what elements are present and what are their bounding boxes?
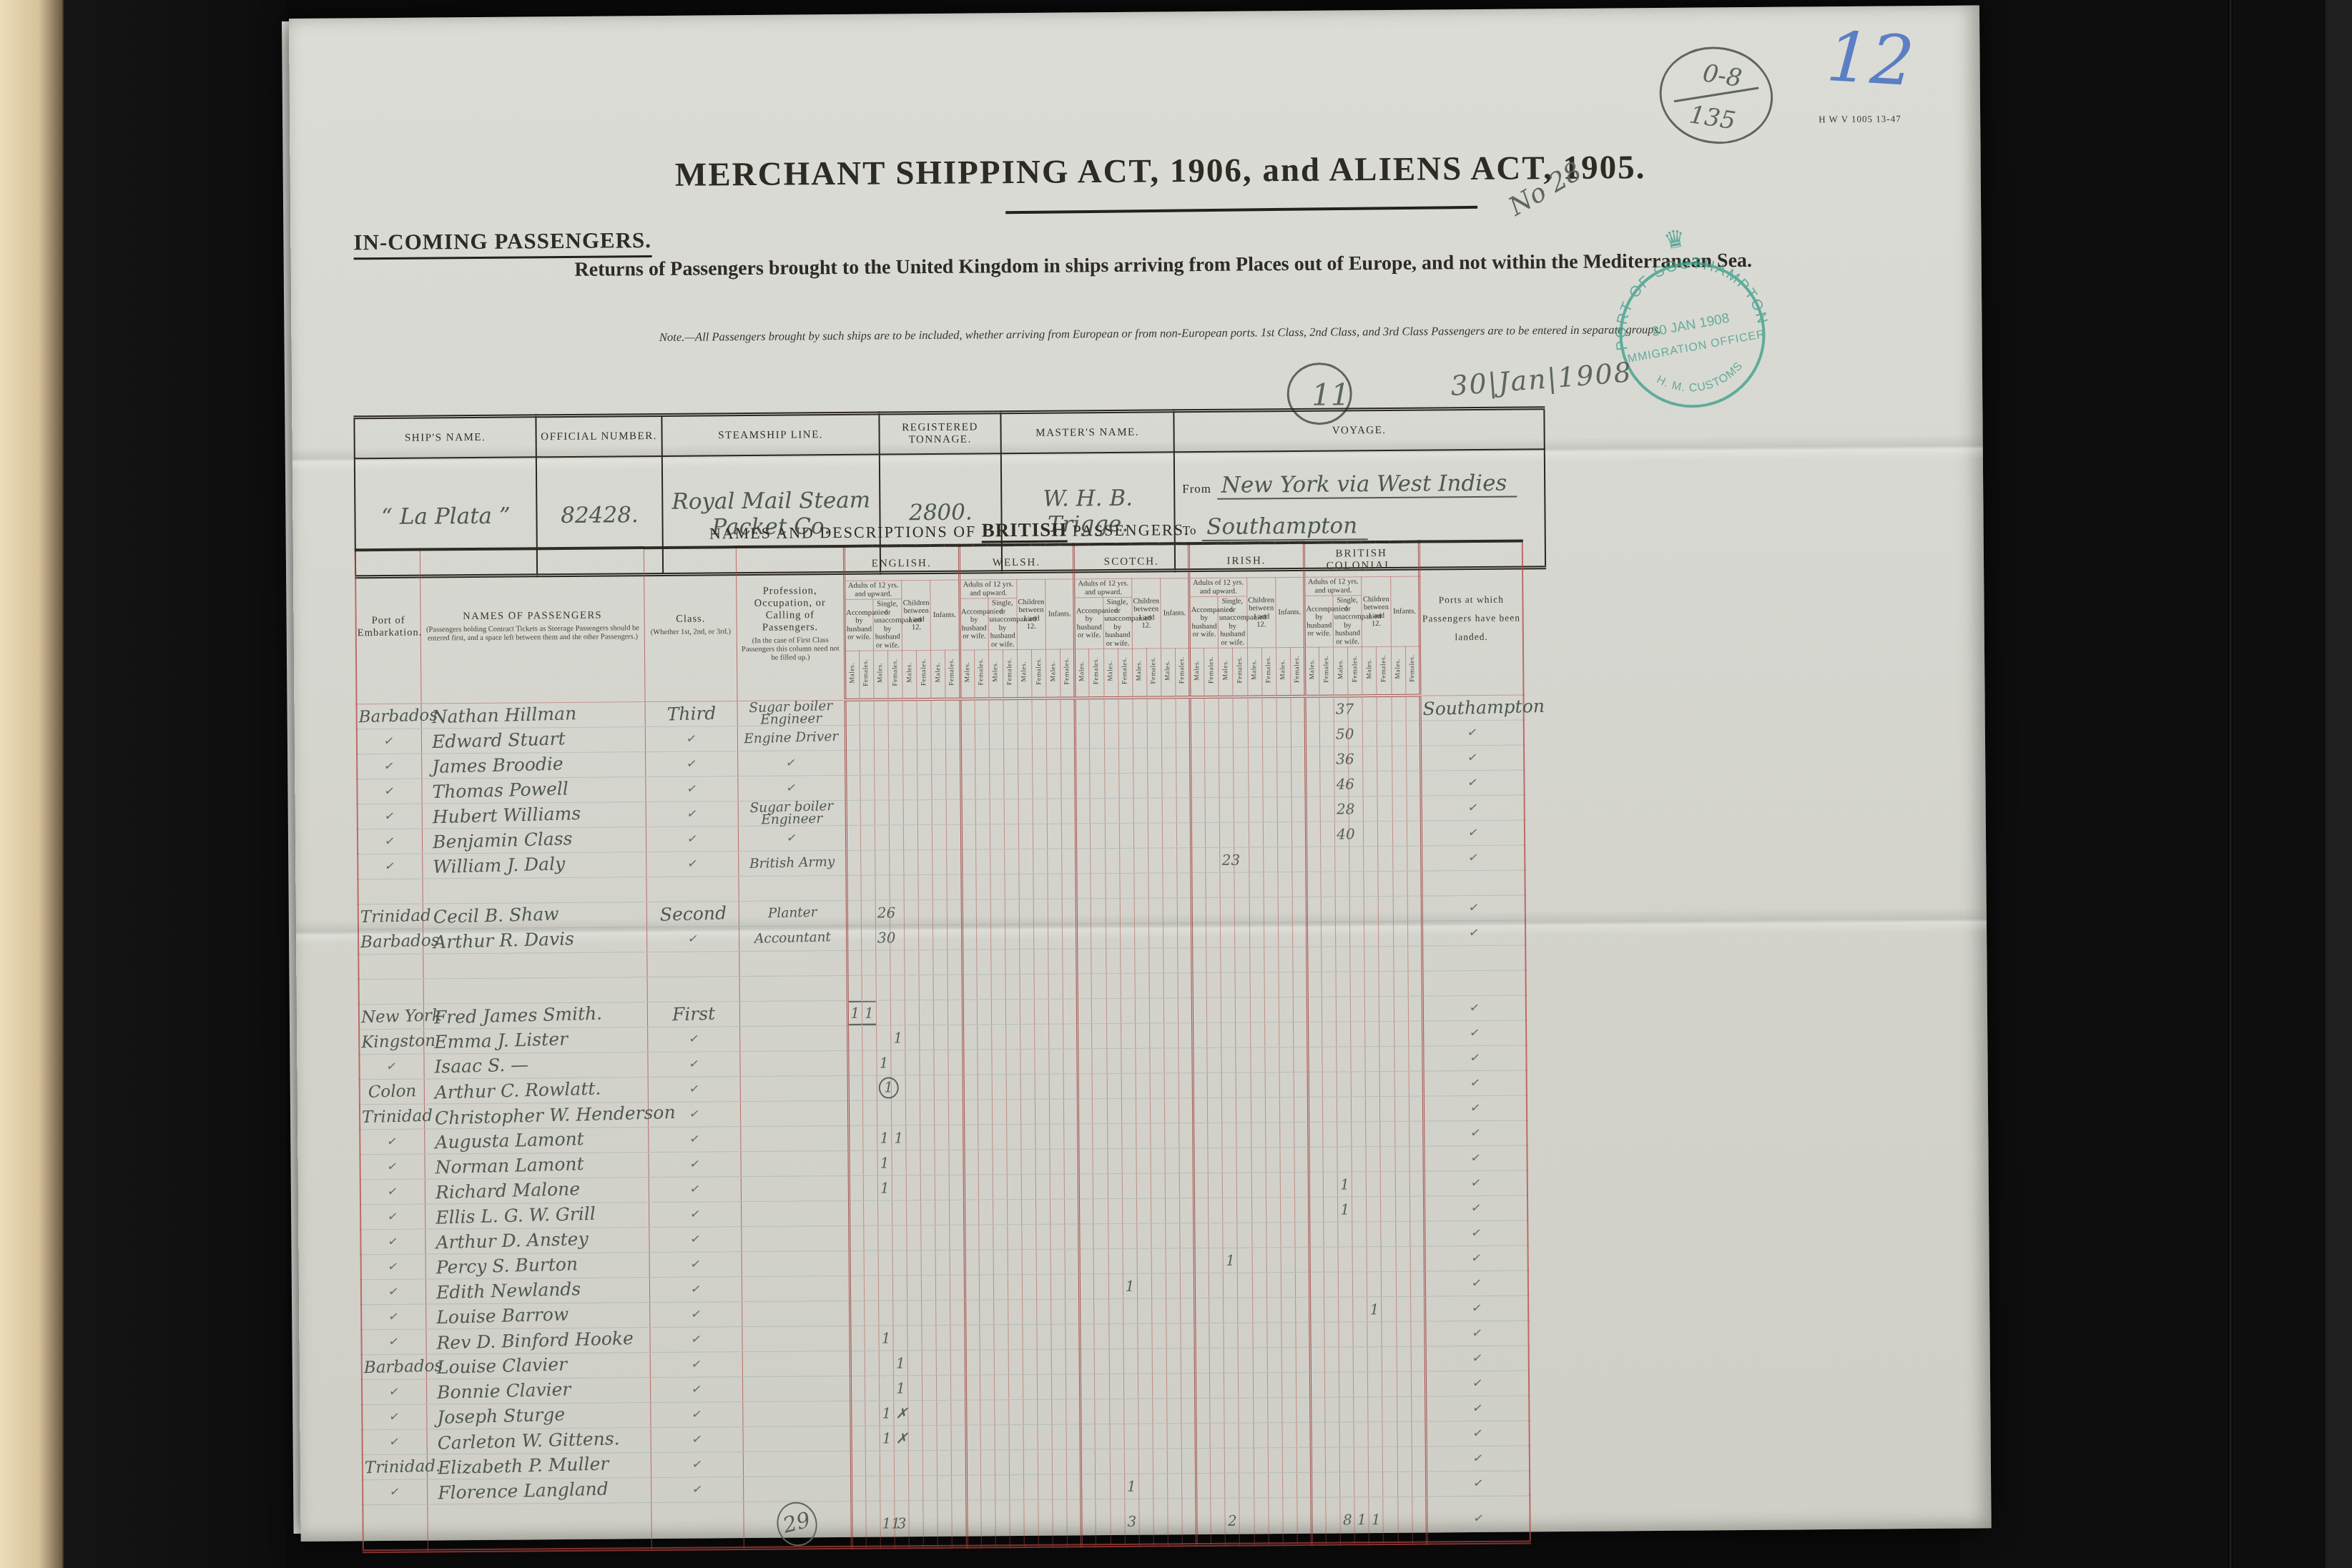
mark-cell-we_if — [1066, 1323, 1080, 1348]
mark-cell-bc_cf — [1380, 1071, 1394, 1096]
mark-cell-bc_sm: 37 — [1334, 696, 1348, 721]
females-header: Females. — [1233, 648, 1248, 697]
mark-cell-en_af — [864, 1251, 878, 1276]
mark-cell-bc_af — [1319, 721, 1334, 746]
mark-cell-we_sf — [1004, 849, 1018, 874]
mark-cell-ir_sf — [1239, 1497, 1254, 1544]
profession-cell-text: Engine Driver — [739, 731, 843, 746]
females-header: Females. — [1377, 646, 1392, 696]
mark-cell-sc_im — [1165, 1198, 1179, 1223]
mark-cell-bc_cf — [1382, 1371, 1397, 1396]
mark-cell-en_if — [950, 1250, 964, 1275]
port-cell-text: ✓ — [386, 1134, 398, 1150]
pencil-fraction-annotation: 0-8 135 — [1641, 32, 1791, 159]
mark-cell-we_im — [1049, 1074, 1063, 1099]
ship-name-header: SHIP'S NAME. — [354, 416, 536, 458]
landed-cell: ✓ — [1420, 744, 1524, 770]
mark-cell-bc_af — [1321, 922, 1335, 947]
mark-cell-ir_cf — [1266, 1247, 1281, 1272]
mark-cell-en_am — [846, 800, 860, 825]
mark-cell-we_im — [1047, 799, 1061, 824]
name-cell-text: Louise Barrow — [436, 1303, 569, 1328]
mark-cell-bc_sm — [1339, 1396, 1354, 1421]
vertical-label: Males. — [1021, 661, 1028, 682]
mark-cell-ir_cm — [1252, 1297, 1266, 1322]
vertical-label: Males. — [849, 663, 856, 684]
mark-cell-en_af — [861, 900, 875, 925]
mark-cell-we_cf — [1036, 1224, 1050, 1249]
mark-cell-sc_cf — [1148, 872, 1163, 897]
mark-cell-ir_af — [1210, 1373, 1224, 1398]
mark-cell-we_af — [980, 1374, 994, 1399]
mark-cell-sc_im — [1167, 1423, 1181, 1448]
vertical-label: Males. — [1050, 661, 1057, 682]
mark-cell-ir_am — [1190, 722, 1204, 747]
mark-cell-we_cf — [1036, 1249, 1050, 1274]
mark-cell-sc_sf — [1118, 698, 1133, 723]
mark-cell-sc_am — [1075, 698, 1089, 723]
mark-cell-we_cm — [1022, 1274, 1036, 1299]
mark-cell-ir_if — [1293, 972, 1307, 997]
mark-cell-we_am — [962, 949, 976, 974]
mark-cell-we_sf — [1004, 774, 1018, 799]
mark-cell-sc_sf — [1120, 898, 1134, 923]
females-header: Females. — [1118, 649, 1133, 698]
mark-cell-sc_if — [1179, 1148, 1194, 1173]
mark-cell-we_im — [1047, 824, 1061, 849]
port-cell — [358, 879, 423, 904]
vertical-label: Males. — [935, 662, 942, 683]
mark-cell-sc_cm — [1134, 923, 1148, 948]
mark-cell-en_cm — [905, 950, 919, 975]
mark-cell-ir_cm — [1248, 721, 1262, 746]
mark-cell-ir_sf — [1238, 1297, 1252, 1322]
mark-cell-sc_sm — [1104, 723, 1118, 748]
mark-cell-ir_if — [1291, 721, 1305, 746]
mark-cell-we_sm — [992, 1074, 1006, 1099]
mark-cell-bc_af — [1322, 1022, 1337, 1047]
mark-cell-en_cf — [922, 1300, 936, 1325]
mark-cell-ir_if — [1293, 1022, 1307, 1047]
mark-cell-we_sf — [1006, 1124, 1020, 1149]
steamship-line-header: STEAMSHIP LINE. — [661, 413, 879, 456]
mark-cell-we_am — [963, 1049, 977, 1074]
mark-cell-sc_if — [1181, 1398, 1196, 1423]
mark-cell-we_af — [975, 774, 989, 799]
mark-cell-we_sf — [1005, 874, 1019, 899]
mark-cell-we_if — [1065, 1198, 1079, 1223]
mark-cell-ir_cm — [1249, 947, 1264, 972]
mark-cell-bc_if — [1410, 1271, 1425, 1296]
mark-cell-bc_af — [1326, 1472, 1340, 1497]
mark-cell-bc_sf — [1354, 1421, 1368, 1446]
mark-cell-sc_cm — [1137, 1248, 1151, 1273]
port-cell-text: Trinidad — [360, 906, 432, 926]
mark-cell-bc_cm — [1362, 696, 1377, 721]
port-cell: ✓ — [358, 829, 423, 854]
mark-cell-ir_af — [1207, 1022, 1221, 1047]
mark-cell-we_af — [980, 1399, 994, 1424]
mark-cell-ir_am — [1191, 747, 1205, 772]
mark-cell-en_sf: 3 — [895, 1500, 910, 1547]
mark-cell-sc_sm — [1104, 773, 1118, 798]
profession-cell: Engine Driver — [737, 725, 845, 751]
mark-cell-en_sm — [877, 1100, 891, 1125]
mark-cell-bc_cf — [1379, 1021, 1394, 1046]
mark-cell-sc_sm — [1107, 1123, 1121, 1148]
mark-cell-bc_am — [1308, 1047, 1322, 1072]
mark-cell-we_if — [1063, 1048, 1078, 1073]
mark-cell-ir_im — [1281, 1322, 1296, 1347]
mark-cell-we_am — [963, 1074, 978, 1099]
mark-cell-en_im — [935, 1175, 950, 1200]
mark-cell-ir_sm — [1220, 872, 1234, 897]
mark-cell-ir_if — [1295, 1222, 1309, 1247]
mark-cell-we_af — [980, 1449, 995, 1474]
mark-cell-sc_im — [1162, 797, 1176, 822]
vertical-label: Females. — [892, 659, 899, 686]
mark-cell-en_cf — [920, 1150, 935, 1175]
mark-cell-en_cf — [921, 1250, 935, 1275]
mark-cell-ir_im — [1276, 721, 1291, 746]
mark-cell-ir_if — [1296, 1322, 1310, 1347]
mark-cell-sc_sf — [1122, 1173, 1136, 1198]
mark-cell-ir_cm — [1248, 746, 1262, 771]
mark-cell-bc_sf — [1350, 921, 1364, 946]
mark-cell-en_sm — [876, 1000, 890, 1025]
adults-header: Adults of 12 yrs. and upward. — [959, 580, 1017, 599]
mark-cell-en_im — [935, 1200, 950, 1225]
mark-cell-sc_im — [1166, 1273, 1180, 1298]
mark-cell-ir_im — [1277, 771, 1291, 797]
mark-cell-we_am — [960, 749, 975, 774]
mark-cell-ir_sm — [1223, 1198, 1237, 1223]
col-header-names-label: NAMES OF PASSENGERS — [421, 609, 644, 623]
mark-cell-we_cm — [1023, 1349, 1037, 1374]
females-header: Females. — [917, 650, 932, 699]
mark-cell-sc_im — [1168, 1498, 1183, 1544]
mark-cell-we_if — [1062, 898, 1076, 923]
mark-cell-sc_af — [1091, 848, 1105, 873]
mark-cell-en_am — [850, 1276, 864, 1301]
mark-cell-we_cf — [1033, 899, 1048, 924]
mark-cell-sc_cf — [1150, 1123, 1164, 1148]
vertical-label: Males. — [906, 662, 913, 683]
landed-cell: ✓ — [1426, 1495, 1530, 1542]
mark-cell-bc_sm: 40 — [1334, 821, 1349, 846]
class-cell-text: ✓ — [691, 1406, 703, 1422]
mark-cell-sc_cm — [1136, 1048, 1150, 1073]
mark-cell-ir_im — [1281, 1397, 1296, 1422]
profession-cell: British Army — [739, 850, 847, 876]
official-number-header: OFFICIAL NUMBER. — [536, 415, 661, 457]
mark-cell-sc_sf — [1122, 1148, 1136, 1173]
mark-cell-bc_cf — [1383, 1496, 1398, 1543]
mark-cell-we_am — [964, 1174, 978, 1199]
mark-cell-ir_if — [1294, 1097, 1308, 1122]
totals-circled-cell: 29 — [744, 1501, 852, 1548]
mark-cell-sc_im — [1161, 722, 1176, 747]
mark-cell-we_if — [1066, 1374, 1081, 1399]
mark-cell-ir_cm — [1250, 972, 1264, 997]
mark-cell-sc_am — [1079, 1198, 1093, 1223]
mark-cell-sc_im — [1166, 1298, 1180, 1323]
mark-cell-bc_sf — [1352, 1171, 1366, 1196]
mark-cell-ir_cm — [1248, 771, 1262, 797]
mark-cell-we_am — [963, 1099, 978, 1124]
mark-cell-sc_am — [1079, 1248, 1093, 1273]
mark-cell-en_im — [934, 1050, 948, 1075]
vertical-label: Males. — [1222, 660, 1229, 681]
mark-cell-sc_cf — [1150, 1098, 1164, 1123]
mark-cell-we_af — [978, 1124, 992, 1149]
mark-cell-bc_af — [1324, 1372, 1339, 1397]
mark-cell-ir_sm — [1224, 1273, 1238, 1298]
mark-cell-ir_if — [1291, 696, 1305, 721]
mark-cell-ir_sf — [1238, 1322, 1252, 1347]
port-cell: ✓ — [362, 1379, 427, 1405]
name-cell-text: Louise Clavier — [436, 1353, 567, 1378]
profession-cell-text: Sugar boiler Engineer — [739, 799, 844, 827]
mark-cell-bc_cf — [1379, 996, 1394, 1021]
mark-cell-we_sf — [1004, 799, 1018, 824]
port-cell — [358, 954, 423, 980]
mark-cell-bc_am — [1312, 1497, 1327, 1544]
mark-cell-bc_cm — [1364, 871, 1378, 896]
class-cell-text: ✓ — [689, 1131, 701, 1147]
mark-cell-en_sm — [875, 824, 889, 849]
mark-cell-ir_af — [1206, 847, 1220, 872]
mark-cell-we_am — [965, 1299, 979, 1324]
mark-cell-sc_sm — [1108, 1248, 1123, 1273]
mark-cell-bc_sf — [1354, 1471, 1369, 1496]
mark-cell-bc_sm — [1339, 1346, 1353, 1371]
mark-cell-ir_cf — [1263, 822, 1277, 847]
class-cell-text: ✓ — [687, 931, 699, 947]
mark-cell-sc_am — [1081, 1424, 1095, 1449]
mark-cell-we_im — [1048, 899, 1062, 924]
mark-cell-en_cm — [903, 774, 917, 799]
mark-cell-ir_sm — [1224, 1323, 1238, 1348]
mark-cell-sc_if — [1180, 1248, 1194, 1273]
mark-cell-sc_af — [1094, 1323, 1108, 1348]
name-cell-text: Nathan Hillman — [431, 703, 576, 727]
mark-cell-bc_af — [1323, 1147, 1337, 1172]
mark-cell-sc_cm — [1133, 748, 1147, 773]
mark-cell-we_if — [1064, 1148, 1078, 1173]
class-cell: ✓ — [649, 1151, 741, 1177]
mark-cell-ir_af — [1210, 1423, 1224, 1448]
mark-cell-ir_im — [1282, 1472, 1296, 1497]
mark-cell-bc_cm — [1367, 1321, 1382, 1346]
mark-cell-sc_cf — [1148, 797, 1162, 822]
mark-cell-en_cf — [917, 724, 931, 749]
name-cell: Louise Barrow — [426, 1302, 651, 1328]
mark-cell-en_sf — [889, 824, 903, 849]
mark-cell-we_cm — [1021, 1149, 1035, 1174]
mark-cell-bc_cf — [1377, 721, 1392, 746]
mark-cell-bc_am — [1309, 1122, 1323, 1147]
profession-cell: ✓ — [738, 825, 846, 851]
mark-cell-sc_if — [1177, 897, 1191, 922]
mark-cell-en_cf — [922, 1350, 936, 1375]
mark-cell-ir_am — [1196, 1423, 1210, 1448]
mark-cell-we_cm — [1018, 724, 1032, 749]
mark-cell-ir_cf — [1268, 1447, 1282, 1472]
mark-cell-ir_sm: 2 — [1225, 1498, 1240, 1544]
mark-cell-we_im — [1049, 1049, 1063, 1074]
name-cell: Edith Newlands — [425, 1277, 650, 1303]
profession-cell-text: Accountant — [741, 931, 845, 946]
mark-cell-sc_am — [1078, 1123, 1093, 1148]
profession-cell-text: Sugar boiler Engineer — [739, 699, 843, 726]
port-cell-text: ✓ — [387, 1184, 399, 1200]
port-cell: ✓ — [361, 1254, 426, 1280]
mark-cell-we_if — [1066, 1399, 1081, 1424]
mark-cell-en_am — [850, 1251, 864, 1276]
mark-cell-ir_am — [1194, 1273, 1209, 1298]
mark-cell-en_cm — [905, 1025, 920, 1050]
mark-cell-sc_sm — [1105, 823, 1119, 848]
profession-cell — [740, 1075, 848, 1101]
mark-cell-we_if — [1062, 823, 1076, 848]
mark-cell-en_im — [938, 1450, 952, 1475]
mark-cell-bc_af — [1324, 1297, 1339, 1322]
mark-cell-we_sf — [1008, 1374, 1023, 1399]
children-header: Children between 1 and 12. — [902, 580, 931, 650]
mark-cell-bc_af — [1322, 1047, 1337, 1072]
mark-cell-bc_cf — [1379, 1046, 1394, 1071]
mark-cell-sc_af — [1091, 798, 1105, 823]
mark-cell-bc_cm: 1 — [1369, 1496, 1384, 1543]
profession-cell-text: ✓ — [785, 780, 797, 796]
mark-cell-ir_im — [1282, 1447, 1296, 1472]
mark-cell-en_sm — [878, 1250, 892, 1275]
port-cell-text: ✓ — [388, 1309, 400, 1325]
mark-cell-bc_cf — [1381, 1221, 1395, 1246]
mark-cell-we_cf — [1036, 1274, 1050, 1299]
mark-cell-ir_im — [1278, 897, 1292, 922]
port-cell-text: ✓ — [384, 859, 396, 874]
mark-cell-bc_im — [1397, 1346, 1411, 1371]
mark-cell-en_if — [950, 1325, 965, 1350]
infants-header: Infants. — [1161, 578, 1190, 649]
mark-cell-en_im — [935, 1250, 950, 1275]
mark-cell-bc_cm — [1364, 821, 1378, 846]
mark-cell-bc_cf — [1383, 1471, 1397, 1496]
mark-cell-sc_sm — [1108, 1298, 1123, 1323]
mark-cell-en_am — [847, 975, 862, 1000]
females-header: Females. — [859, 651, 874, 700]
landed-cell: ✓ — [1420, 719, 1524, 745]
title-rule — [1005, 206, 1477, 214]
profession-cell — [739, 950, 847, 976]
mark-cell-en_sf — [892, 1150, 906, 1175]
registered-tonnage-header: REGISTERED TONNAGE. — [879, 413, 1000, 455]
females-header: Females. — [1261, 648, 1276, 697]
name-cell-text: Arthur C. Rowlatt. — [434, 1078, 601, 1103]
name-cell-text: Thomas Powell — [432, 778, 569, 802]
mark-cell-bc_cf — [1378, 846, 1392, 871]
mark-cell-ir_af — [1205, 772, 1219, 797]
mark-cell-we_af — [979, 1274, 993, 1299]
mark-cell-sc_sm — [1109, 1424, 1123, 1449]
mark-cell-we_am — [963, 999, 977, 1024]
name-cell: Arthur C. Rowlatt. — [424, 1077, 649, 1103]
name-cell-text: Edith Newlands — [436, 1278, 581, 1303]
mark-cell-en_sm — [875, 874, 890, 899]
name-cell: Florence Langland — [427, 1477, 651, 1504]
mark-cell-bc_sm: 1 — [1338, 1196, 1352, 1221]
mark-cell-sc_cm — [1138, 1474, 1153, 1499]
mark-cell-we_af — [980, 1474, 995, 1499]
mark-cell-en_sm — [880, 1475, 894, 1500]
mark-cell-ir_cm — [1253, 1347, 1267, 1372]
males-header: Males. — [1190, 648, 1205, 697]
mark-cell-we_if — [1063, 923, 1077, 948]
mark-cell-en_sf — [890, 874, 904, 899]
mark-cell-bc_if — [1408, 971, 1422, 996]
mark-cell-sc_im — [1163, 922, 1177, 947]
mark-cell-en_if — [951, 1375, 965, 1400]
mark-cell-en_cm — [909, 1475, 923, 1500]
mark-cell-ir_sm — [1223, 1173, 1237, 1198]
mark-cell-we_im — [1046, 724, 1061, 749]
mark-cell-sc_if — [1178, 997, 1192, 1022]
mark-cell-ir_cf — [1262, 771, 1276, 797]
mark-cell-ir_sf — [1234, 746, 1248, 771]
mark-cell-we_cf — [1035, 1024, 1049, 1049]
class-cell-text: ✓ — [687, 856, 699, 872]
group-header-sc: SCOTCH. — [1074, 543, 1189, 579]
name-cell: Joseph Sturge — [427, 1402, 651, 1429]
mark-cell-ir_cf — [1267, 1397, 1281, 1422]
mark-cell-bc_am — [1307, 847, 1321, 872]
mark-cell-ir_af — [1206, 897, 1220, 922]
manifest-document: 0-8 135 12 H W V 1005 13-47 MERCHANT SHI… — [289, 5, 1992, 1542]
mark-cell-sc_sm — [1106, 923, 1120, 948]
port-cell: ✓ — [360, 1154, 425, 1180]
mark-cell-bc_sf — [1354, 1371, 1368, 1396]
class-cell — [647, 951, 739, 977]
mark-cell-we_cf — [1037, 1374, 1051, 1399]
mark-cell-we_sf — [1008, 1224, 1022, 1249]
mark-cell-sc_im — [1165, 1173, 1179, 1198]
sheet-number: 11 — [1312, 377, 1350, 412]
mark-cell-bc_if — [1409, 1171, 1424, 1196]
mark-cell-we_am — [962, 899, 976, 924]
mark-cell-bc_sm — [1335, 846, 1349, 871]
mark-cell-en_cm — [908, 1450, 922, 1475]
mark-cell-sc_cm — [1138, 1374, 1152, 1399]
totals-row: 2911332811✓ — [363, 1495, 1530, 1551]
mark-cell-sc_sm — [1106, 998, 1121, 1023]
mark-cell-bc_im — [1397, 1446, 1412, 1471]
mark-cell-bc_sf — [1354, 1446, 1368, 1471]
mark-cell-bc_am — [1306, 822, 1320, 847]
children-header: Children between 1 and 12. — [1131, 578, 1161, 649]
mark-cell-sc_sf — [1123, 1248, 1137, 1273]
children-header: Children between 1 and 12. — [1017, 579, 1046, 649]
mark-cell-bc_im — [1396, 1321, 1410, 1346]
name-cell: Thomas Powell — [422, 776, 646, 803]
mark-cell-sc_im — [1163, 872, 1177, 897]
class-cell: ✓ — [649, 1251, 742, 1277]
mark-cell-we_cf — [1035, 1124, 1050, 1149]
mark-cell-ir_sf — [1236, 1047, 1250, 1072]
mark-cell-bc_af — [1323, 1172, 1337, 1197]
mark-cell-bc_af — [1321, 872, 1335, 897]
